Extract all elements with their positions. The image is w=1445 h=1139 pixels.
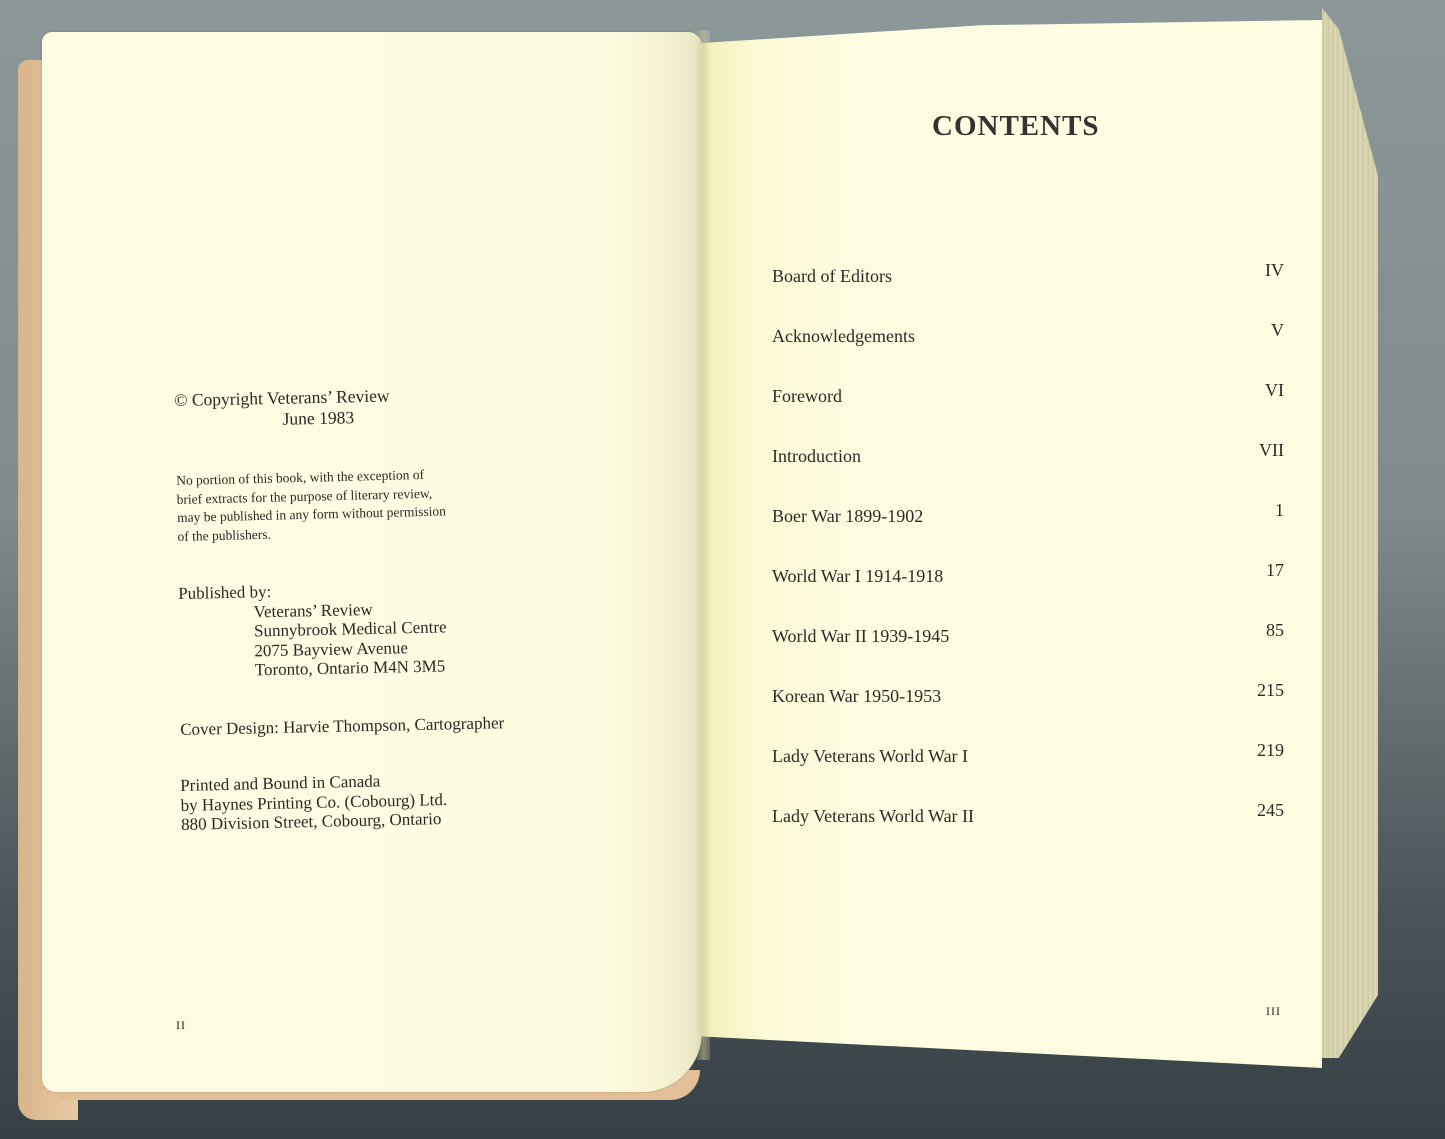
toc-entry-page: 85 bbox=[1266, 620, 1284, 641]
toc-entry-title: Board of Editors bbox=[772, 266, 892, 287]
toc-entry: Foreword VI bbox=[772, 380, 1284, 440]
book-gutter bbox=[694, 30, 710, 1060]
toc-entry: Lady Veterans World War I 219 bbox=[772, 740, 1284, 800]
page-block-edges bbox=[1322, 8, 1378, 1058]
toc-entry-page: 1 bbox=[1275, 500, 1284, 521]
open-book: © Copyright Veterans’ Review June 1983 N… bbox=[0, 0, 1445, 1139]
toc-entry: Korean War 1950-1953 215 bbox=[772, 680, 1284, 740]
toc-entry: Board of Editors IV bbox=[772, 260, 1284, 320]
printer-block: Printed and Bound in Canada by Haynes Pr… bbox=[180, 770, 448, 835]
toc-entry: Acknowledgements V bbox=[772, 320, 1284, 380]
right-page-number: III bbox=[1266, 1004, 1281, 1019]
toc-entry: Introduction VII bbox=[772, 440, 1284, 500]
toc-entry-title: Boer War 1899-1902 bbox=[772, 506, 923, 527]
toc-entry: World War I 1914-1918 17 bbox=[772, 560, 1284, 620]
table-of-contents: Board of Editors IV Acknowledgements V F… bbox=[772, 260, 1284, 860]
toc-entry-page: 17 bbox=[1266, 560, 1284, 581]
copyright-line: © Copyright Veterans’ Review bbox=[174, 385, 390, 410]
toc-entry: Lady Veterans World War II 245 bbox=[772, 800, 1284, 860]
toc-entry-title: Acknowledgements bbox=[772, 326, 915, 347]
toc-entry-page: 219 bbox=[1257, 740, 1284, 761]
toc-entry-title: Korean War 1950-1953 bbox=[772, 686, 941, 707]
rights-notice: No portion of this book, with the except… bbox=[176, 465, 447, 546]
contents-heading: CONTENTS bbox=[932, 110, 1100, 143]
toc-entry: Boer War 1899-1902 1 bbox=[772, 500, 1284, 560]
toc-entry-title: Lady Veterans World War II bbox=[772, 806, 974, 827]
publisher-block: Published by: Veterans’ Review Sunnybroo… bbox=[178, 578, 448, 681]
toc-entry-page: 245 bbox=[1257, 800, 1284, 821]
toc-entry: World War II 1939-1945 85 bbox=[772, 620, 1284, 680]
copyright-notice: © Copyright Veterans’ Review June 1983 bbox=[174, 385, 390, 432]
toc-entry-page: IV bbox=[1265, 260, 1284, 281]
toc-entry-title: Foreword bbox=[772, 386, 842, 407]
toc-entry-page: VII bbox=[1259, 440, 1284, 461]
toc-entry-title: Lady Veterans World War I bbox=[772, 746, 968, 767]
left-page bbox=[42, 32, 702, 1092]
left-page-number: II bbox=[176, 1018, 186, 1033]
toc-entry-page: V bbox=[1271, 320, 1284, 341]
copyright-date: June 1983 bbox=[174, 406, 390, 432]
toc-entry-title: World War I 1914-1918 bbox=[772, 566, 943, 587]
toc-entry-page: 215 bbox=[1257, 680, 1284, 701]
toc-entry-title: World War II 1939-1945 bbox=[772, 626, 949, 647]
toc-entry-title: Introduction bbox=[772, 446, 861, 467]
toc-entry-page: VI bbox=[1265, 380, 1284, 401]
